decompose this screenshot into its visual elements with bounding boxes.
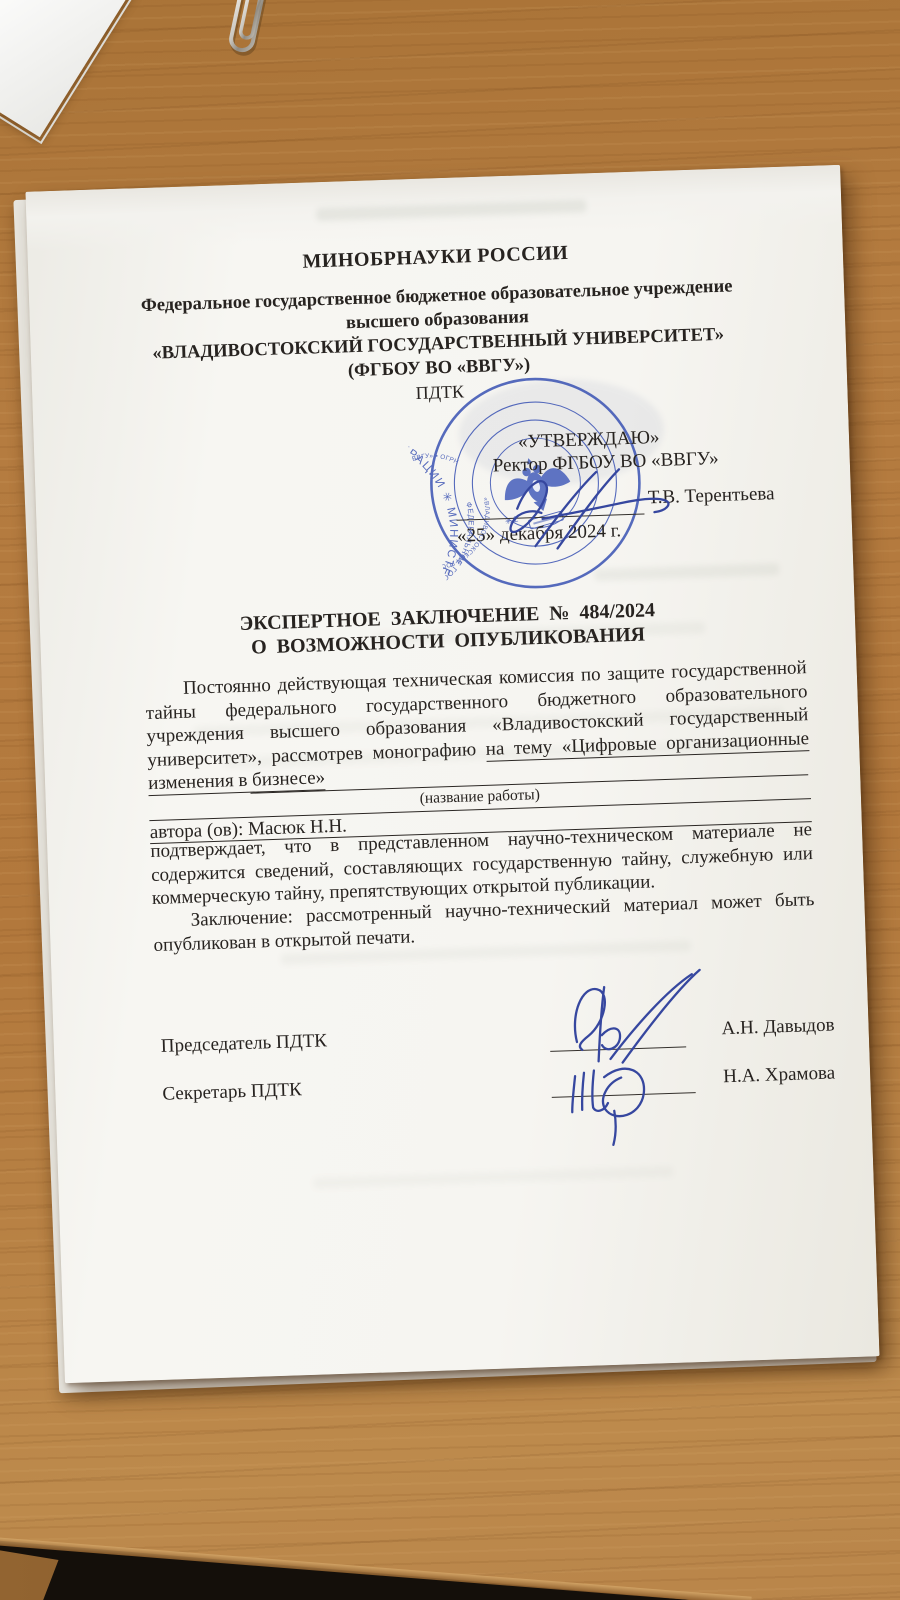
approval-block: «УТВЕРЖДАЮ» Ректор ФГБОУ ВО «ВВГУ» (492, 424, 719, 477)
rector-name: Т.В. Терентьева (648, 483, 775, 509)
bleedthrough-text (313, 1166, 673, 1189)
bleedthrough-text (316, 199, 586, 221)
secretary-signature-line (551, 1076, 695, 1098)
paragraph-commission: Постоянно действующая техническая комисс… (145, 656, 811, 795)
secretary-name: Н.А. Храмова (723, 1062, 836, 1088)
secretary-role-label: Секретарь ПДТК (162, 1079, 302, 1106)
chairman-role-label: Председатель ПДТК (161, 1030, 328, 1057)
document-title: ЭКСПЕРТНОЕ ЗАКЛЮЧЕНИЕ № 484/2024 О ВОЗМО… (40, 592, 856, 667)
expert-conclusion-document: МИНОБРНАУКИ РОССИИ Федеральное государст… (25, 165, 879, 1383)
photo-of-document-on-desk: { "scene": { "desk_color": "#b2783c", "p… (0, 0, 900, 1600)
chairman-name: А.Н. Давыдов (721, 1014, 835, 1040)
document-header: МИНОБРНАУКИ РОССИИ Федеральное государст… (28, 233, 848, 417)
chairman-signature-line (550, 1030, 686, 1051)
ministry-name: МИНОБРНАУКИ РОССИИ (28, 233, 843, 283)
